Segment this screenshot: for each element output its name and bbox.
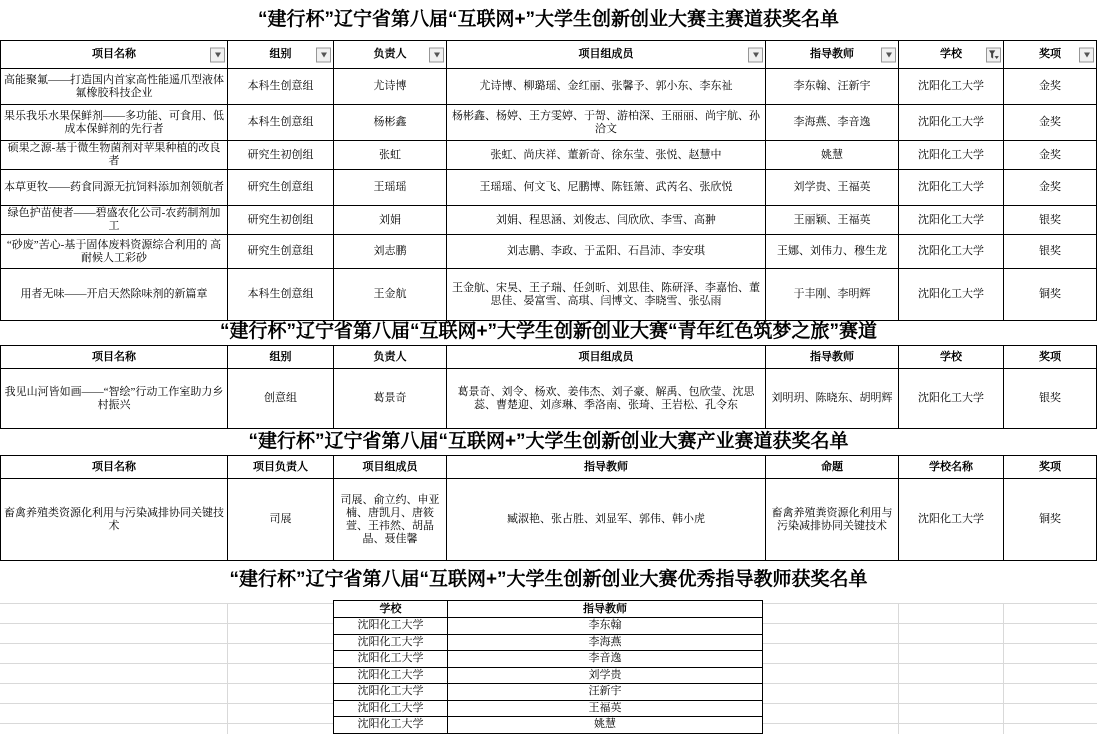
cell: 李东翰 [448, 618, 763, 635]
cell: 本草更牧——药食同源无抗饲料添加剂领航者 [1, 170, 228, 206]
column-header: 指导教师 [448, 601, 763, 618]
column-header-label: 学校名称 [929, 461, 973, 473]
table-row: “砂废”苦心-基于固体废料资源综合利用的 高耐候人工彩砂研究生创意组刘志鹏刘志鹏… [1, 235, 1097, 269]
cell: 畜禽养殖类资源化利用与污染减排协同关键技术 [1, 479, 228, 561]
column-header-label: 项目名称 [92, 48, 136, 60]
cell: 铜奖 [1004, 479, 1097, 561]
cell: 尤诗博 [334, 69, 447, 105]
cell: 李海燕 [448, 634, 763, 651]
filter-button[interactable] [748, 47, 763, 62]
column-header: 命题 [766, 456, 899, 479]
cell: 沈阳化工大学 [334, 667, 448, 684]
cell: 银奖 [1004, 369, 1097, 429]
cell: 金奖 [1004, 170, 1097, 206]
column-header: 项目组成员 [447, 346, 766, 369]
section-title-red-journey-track: “建行杯”辽宁省第八届“互联网+”大学生创新创业大赛“青年红色筑梦之旅”赛道 [0, 318, 1097, 345]
column-header: 项目名称 [1, 346, 228, 369]
cell: 沈阳化工大学 [334, 618, 448, 635]
filter-button[interactable] [1079, 47, 1094, 62]
table-row: 沈阳化工大学汪新宇 [334, 684, 763, 701]
cell: 王娜、刘伟力、穆生龙 [766, 235, 899, 269]
table-row: 硕果之源-基于微生物菌剂对苹果种植的改良者研究生初创组张虹张虹、尚庆祥、董新奇、… [1, 141, 1097, 170]
cell: 沈阳化工大学 [899, 206, 1004, 235]
cell: 金奖 [1004, 141, 1097, 170]
column-header-label: 奖项 [1039, 461, 1061, 473]
table-row: 沈阳化工大学李音逸 [334, 651, 763, 668]
table-row: 高能聚氟——打造国内首家高性能遥爪型液体氟橡胶科技企业本科生创意组尤诗博尤诗博、… [1, 69, 1097, 105]
column-header: 项目组成员 [334, 456, 447, 479]
column-header-label: 学校 [380, 603, 402, 615]
cell: 研究生创意组 [228, 170, 334, 206]
cell: 刘志鹏、李政、于孟阳、石昌沛、李安琪 [447, 235, 766, 269]
cell: 果乐我乐水果保鲜剂——多功能、可食用、低成本保鲜剂的先行者 [1, 105, 228, 141]
column-header-label: 指导教师 [810, 48, 854, 60]
cell: 王金航、宋昊、王子瑞、任剑昕、刘思佳、陈研泽、李嘉怡、董思佳、晏富雪、高琪、闫博… [447, 269, 766, 321]
sheet-gridlines-left [0, 603, 333, 734]
cell: 王瑶瑶、何文飞、尼鹏博、陈钰箫、武芮名、张欣悦 [447, 170, 766, 206]
column-header: 学校 [899, 41, 1004, 69]
awards-table-red-journey-track: 项目名称组别负责人项目组成员指导教师学校奖项我见山河皆如画——“智绘”行动工作室… [0, 345, 1097, 429]
column-header: 项目组成员 [447, 41, 766, 69]
gridline-vertical [227, 603, 228, 734]
filter-button[interactable] [429, 47, 444, 62]
column-header-label: 组别 [270, 48, 292, 60]
column-header-label: 负责人 [374, 351, 407, 363]
cell: 刘娟 [334, 206, 447, 235]
cell: 沈阳化工大学 [334, 700, 448, 717]
header-row: 学校指导教师 [334, 601, 763, 618]
column-header: 负责人 [334, 41, 447, 69]
cell: 沈阳化工大学 [899, 369, 1004, 429]
column-header: 学校 [899, 346, 1004, 369]
cell: 铜奖 [1004, 269, 1097, 321]
cell: 沈阳化工大学 [334, 634, 448, 651]
table-row: 沈阳化工大学李东翰 [334, 618, 763, 635]
filter-button[interactable] [316, 47, 331, 62]
filter-funnel-icon [988, 49, 999, 60]
column-header-label: 学校 [940, 351, 962, 363]
column-header: 奖项 [1004, 346, 1097, 369]
cell: 刘明玥、陈晓东、胡明辉 [766, 369, 899, 429]
gridline-vertical [1003, 603, 1004, 734]
cell: 沈阳化工大学 [899, 479, 1004, 561]
header-row: 项目名称组别负责人项目组成员指导教师学校奖项 [1, 41, 1097, 69]
cell: 刘娟、程思涵、刘俊志、闫欣欣、李雪、高翀 [447, 206, 766, 235]
cell: 绿色护苗使者——碧盛农化公司-农药制剂加工 [1, 206, 228, 235]
column-header-label: 指导教师 [583, 603, 627, 615]
column-header: 学校 [334, 601, 448, 618]
cell: 姚慧 [448, 717, 763, 734]
cell: 研究生初创组 [228, 141, 334, 170]
cell: 司展 [228, 479, 334, 561]
column-header-label: 项目名称 [92, 461, 136, 473]
column-header-label: 负责人 [374, 48, 407, 60]
cell: 刘志鹏 [334, 235, 447, 269]
chevron-down-icon [215, 52, 221, 57]
column-header: 组别 [228, 346, 334, 369]
chevron-down-icon [434, 52, 440, 57]
gridline-vertical [898, 603, 899, 734]
column-header-label: 项目组成员 [579, 48, 634, 60]
table-row: 我见山河皆如画——“智绘”行动工作室助力乡村振兴创意组葛景奇葛景奇、刘令、杨欢、… [1, 369, 1097, 429]
cell: 汪新宇 [448, 684, 763, 701]
cell: 沈阳化工大学 [899, 69, 1004, 105]
cell: 刘学贵 [448, 667, 763, 684]
awards-table-main-track: 项目名称组别负责人项目组成员指导教师学校奖项高能聚氟——打造国内首家高性能遥爪型… [0, 40, 1097, 321]
cell: 创意组 [228, 369, 334, 429]
column-header: 指导教师 [447, 456, 766, 479]
cell: 葛景奇 [334, 369, 447, 429]
table-row: 沈阳化工大学刘学贵 [334, 667, 763, 684]
cell: 李东翰、汪新宇 [766, 69, 899, 105]
cell: 沈阳化工大学 [899, 141, 1004, 170]
cell: 沈阳化工大学 [334, 717, 448, 734]
table-row: 沈阳化工大学王福英 [334, 700, 763, 717]
awards-table-industry-track: 项目名称项目负责人项目组成员指导教师命题学校名称奖项畜禽养殖类资源化利用与污染减… [0, 455, 1097, 561]
cell: 高能聚氟——打造国内首家高性能遥爪型液体氟橡胶科技企业 [1, 69, 228, 105]
cell: 杨彬鑫 [334, 105, 447, 141]
cell: 姚慧 [766, 141, 899, 170]
column-header: 指导教师 [766, 41, 899, 69]
cell: 用者无味——开启天然除味剂的新篇章 [1, 269, 228, 321]
cell: 本科生创意组 [228, 69, 334, 105]
cell: 金奖 [1004, 105, 1097, 141]
cell: 臧淑艳、张占胜、刘显军、郭伟、韩小虎 [447, 479, 766, 561]
cell: 本科生创意组 [228, 105, 334, 141]
section-title-outstanding-teachers: “建行杯”辽宁省第八届“互联网+”大学生创新创业大赛优秀指导教师获奖名单 [0, 560, 1097, 600]
chevron-down-icon [886, 52, 892, 57]
cell: 尤诗博、柳璐瑶、金红丽、张馨予、郭小东、李东祉 [447, 69, 766, 105]
cell: 王丽颖、王福英 [766, 206, 899, 235]
column-header-label: 学校 [940, 48, 962, 60]
column-header-label: 奖项 [1039, 48, 1061, 60]
column-header-label: 项目负责人 [253, 461, 308, 473]
table-row: 沈阳化工大学李海燕 [334, 634, 763, 651]
cell: 张虹、尚庆祥、董新奇、徐东莹、张悦、赵慧中 [447, 141, 766, 170]
spreadsheet-canvas: “建行杯”辽宁省第八届“互联网+”大学生创新创业大赛主赛道获奖名单 项目名称组别… [0, 0, 1097, 734]
header-row: 项目名称项目负责人项目组成员指导教师命题学校名称奖项 [1, 456, 1097, 479]
table-row: 绿色护苗使者——碧盛农化公司-农药制剂加工研究生初创组刘娟刘娟、程思涵、刘俊志、… [1, 206, 1097, 235]
cell: 葛景奇、刘令、杨欢、姜伟杰、刘子豪、解禹、包欣莹、沈思蕊、曹楚迎、刘彦琳、季洛南… [447, 369, 766, 429]
column-header: 指导教师 [766, 346, 899, 369]
cell: 司展、俞立约、申亚楠、唐凯月、唐筱萱、王祎然、胡晶晶、聂佳馨 [334, 479, 447, 561]
cell: 沈阳化工大学 [899, 170, 1004, 206]
cell: 李海燕、李音逸 [766, 105, 899, 141]
cell: 银奖 [1004, 235, 1097, 269]
column-header-label: 指导教师 [810, 351, 854, 363]
column-header-label: 项目名称 [92, 351, 136, 363]
table-row: 沈阳化工大学姚慧 [334, 717, 763, 734]
cell: 刘学贵、王福英 [766, 170, 899, 206]
cell: 沈阳化工大学 [899, 105, 1004, 141]
awards-table-outstanding-teachers: 学校指导教师沈阳化工大学李东翰沈阳化工大学李海燕沈阳化工大学李音逸沈阳化工大学刘… [333, 600, 763, 734]
filter-button[interactable] [210, 47, 225, 62]
cell: 杨彬鑫、杨婷、王方雯婷、于哿、游柏深、王丽丽、尚宇航、孙洽文 [447, 105, 766, 141]
cell: 李音逸 [448, 651, 763, 668]
cell: 研究生初创组 [228, 206, 334, 235]
cell: 沈阳化工大学 [899, 235, 1004, 269]
sheet-gridlines-right [762, 603, 1097, 734]
cell: 沈阳化工大学 [334, 684, 448, 701]
column-header-label: 项目组成员 [363, 461, 418, 473]
cell: 硕果之源-基于微生物菌剂对苹果种植的改良者 [1, 141, 228, 170]
cell: 金奖 [1004, 69, 1097, 105]
column-header: 项目负责人 [228, 456, 334, 479]
column-header: 负责人 [334, 346, 447, 369]
cell: 王福英 [448, 700, 763, 717]
column-header-label: 组别 [270, 351, 292, 363]
cell: 银奖 [1004, 206, 1097, 235]
column-header-label: 项目组成员 [579, 351, 634, 363]
table-row: 本草更牧——药食同源无抗饲料添加剂领航者研究生创意组王瑶瑶王瑶瑶、何文飞、尼鹏博… [1, 170, 1097, 206]
chevron-down-icon [1084, 52, 1090, 57]
cell: 沈阳化工大学 [334, 651, 448, 668]
filter-button[interactable] [881, 47, 896, 62]
section-title-main-track: “建行杯”辽宁省第八届“互联网+”大学生创新创业大赛主赛道获奖名单 [0, 0, 1097, 40]
column-header-label: 奖项 [1039, 351, 1061, 363]
cell: 畜禽养殖粪资源化利用与污染减排协同关键技术 [766, 479, 899, 561]
column-header: 项目名称 [1, 456, 228, 479]
filter-button-active[interactable] [986, 47, 1001, 62]
column-header-label: 指导教师 [584, 461, 628, 473]
cell: 于丰刚、李明辉 [766, 269, 899, 321]
column-header: 奖项 [1004, 456, 1097, 479]
cell: 研究生创意组 [228, 235, 334, 269]
table-row: 用者无味——开启天然除味剂的新篇章本科生创意组王金航王金航、宋昊、王子瑞、任剑昕… [1, 269, 1097, 321]
cell: 我见山河皆如画——“智绘”行动工作室助力乡村振兴 [1, 369, 228, 429]
table-row: 果乐我乐水果保鲜剂——多功能、可食用、低成本保鲜剂的先行者本科生创意组杨彬鑫杨彬… [1, 105, 1097, 141]
column-header: 项目名称 [1, 41, 228, 69]
cell: “砂废”苦心-基于固体废料资源综合利用的 高耐候人工彩砂 [1, 235, 228, 269]
column-header: 组别 [228, 41, 334, 69]
cell: 沈阳化工大学 [899, 269, 1004, 321]
column-header-label: 命题 [821, 461, 843, 473]
cell: 张虹 [334, 141, 447, 170]
cell: 本科生创意组 [228, 269, 334, 321]
table-row: 畜禽养殖类资源化利用与污染减排协同关键技术司展司展、俞立约、申亚楠、唐凯月、唐筱… [1, 479, 1097, 561]
cell: 王瑶瑶 [334, 170, 447, 206]
section-title-industry-track: “建行杯”辽宁省第八届“互联网+”大学生创新创业大赛产业赛道获奖名单 [0, 428, 1097, 455]
chevron-down-icon [753, 52, 759, 57]
header-row: 项目名称组别负责人项目组成员指导教师学校奖项 [1, 346, 1097, 369]
cell: 王金航 [334, 269, 447, 321]
chevron-down-icon [321, 52, 327, 57]
column-header: 奖项 [1004, 41, 1097, 69]
column-header: 学校名称 [899, 456, 1004, 479]
